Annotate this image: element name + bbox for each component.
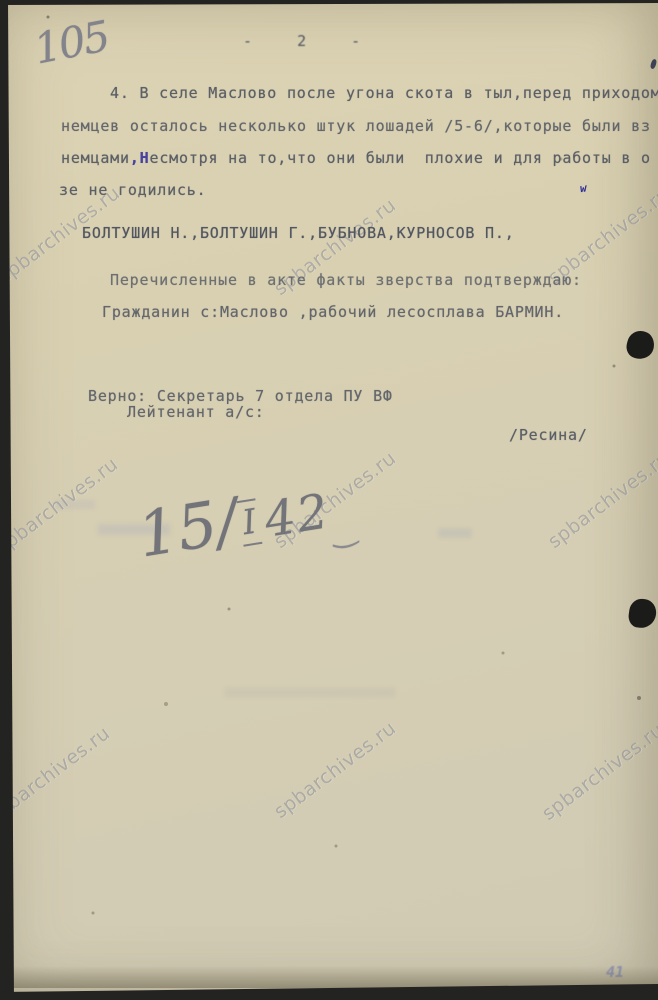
watermark-text: spbarchives.ru <box>0 453 122 559</box>
bleed-through-smudge <box>438 528 472 538</box>
punch-hole-ink-blob <box>624 328 657 362</box>
watermark-text: spbarchives.ru <box>270 717 400 823</box>
bleed-through-smudge <box>225 688 395 697</box>
typed-text: есмотря на то,что они были плохие и для … <box>150 149 651 167</box>
handwritten-folio-number: 105 <box>30 11 112 73</box>
typed-text: немцами <box>61 149 130 167</box>
ink-mark <box>650 58 658 69</box>
paragraph-line: немцев осталось несколько штук лошадей /… <box>61 117 651 135</box>
paragraph-line: немцами,Несмотря на то,что они были плох… <box>61 149 651 167</box>
scanned-document-page: spbarchives.ru spbarchives.ru spbarchive… <box>0 0 658 1000</box>
date-year: 42 <box>261 483 334 548</box>
paper-edge-shadow <box>0 966 658 988</box>
scan-edge-left <box>0 0 18 1000</box>
handwritten-ink-correction: ,Н <box>130 149 150 167</box>
watermark-text: spbarchives.ru <box>538 719 658 825</box>
handwritten-date: 15/I42‿ <box>133 466 360 581</box>
certified-rank-line: Лейтенант а/с: <box>127 403 265 421</box>
witness-names-line: БОЛТУШИН Н.,БОЛТУШИН Г.,БУБНОВА,КУРНОСОВ… <box>82 224 515 242</box>
ink-scribble-mark: w <box>579 182 585 196</box>
page-number: - 2 - <box>243 32 369 50</box>
paragraph-line: 4. В селе Маслово после угона скота в ты… <box>110 84 658 102</box>
signature-name: /Ресина/ <box>509 426 588 444</box>
paragraph-line: зе не годились. <box>59 181 206 199</box>
watermark-text: spbarchives.ru <box>544 447 658 553</box>
citizen-line: Гражданин с:Маслово ,рабочий лесосплава … <box>102 303 564 321</box>
punch-hole-ink-blob <box>627 597 658 629</box>
date-flourish: ‿ <box>330 512 359 550</box>
attestation-line: Перечисленные в акте факты зверства подт… <box>110 271 582 289</box>
date-day: 15/ <box>133 484 243 572</box>
scan-edge-top <box>0 0 658 6</box>
watermark-text: spbarchives.ru <box>0 722 114 828</box>
